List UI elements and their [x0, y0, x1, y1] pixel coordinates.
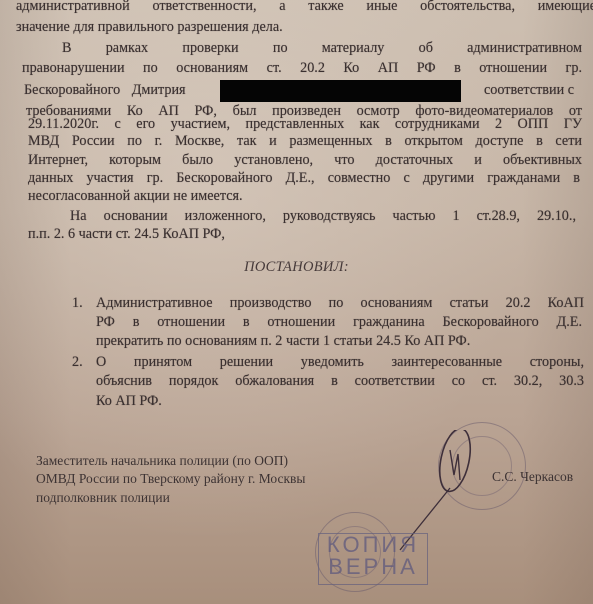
para2-line-2: п.п. 2. 6 части ст. 24.5 КоАП РФ,	[28, 226, 225, 243]
para1-line-3-tail: соответствии с	[484, 82, 574, 99]
para2-line-1: На основании изложенного, руководствуясь…	[70, 208, 576, 225]
item-2-line-3: Ко АП РФ.	[96, 393, 162, 410]
resolution-title: ПОСТАНОВИЛ:	[0, 259, 593, 276]
stamp-line-2: ВЕРНА	[319, 556, 427, 578]
item-1-line-1: Административное производство по основан…	[96, 295, 584, 312]
para1-line-1: В рамках проверки по материалу об админи…	[62, 40, 582, 57]
signature-title-2: ОМВД России по Тверскому району г. Москв…	[36, 470, 305, 488]
item-2-number: 2.	[72, 354, 83, 371]
signature-title-1: Заместитель начальника полиции (по ООП)	[36, 452, 288, 470]
item-1-number: 1.	[72, 295, 83, 312]
intro-line-2: значение для правильного разрешения дела…	[16, 19, 283, 36]
item-1-line-3: прекратить по основаниям п. 2 части 1 ст…	[96, 333, 470, 350]
para1-line-7: Интернет, которым было установлено, что …	[28, 152, 582, 169]
copy-verified-stamp: КОПИЯ ВЕРНА	[318, 533, 428, 585]
para1-line-6: МВД России по г. Москве, так и размещенн…	[28, 133, 582, 150]
stamp-line-1: КОПИЯ	[319, 534, 427, 556]
para1-line-9: несогласованной акции не имеется.	[28, 188, 243, 205]
signature-title-3: подполковник полиции	[36, 489, 170, 507]
para1-line-3: Бескоровайного Дмитрия	[24, 82, 186, 99]
item-1-line-2: РФ в отношении в отношении гражданина Бе…	[96, 314, 582, 331]
document-page: административной ответственности, а такж…	[0, 0, 593, 604]
para1-line-2: правонарушении по основаниям ст. 20.2 Ко…	[22, 60, 582, 77]
item-2-line-2: объяснив порядок обжалования в соответст…	[96, 373, 584, 390]
intro-line-1: административной ответственности, а такж…	[16, 0, 593, 15]
para1-line-8: данных участия гр. Бескоровайного Д.Е., …	[28, 170, 580, 187]
para1-line-5: 29.11.2020г. с его участием, представлен…	[28, 116, 582, 133]
redaction-bar	[220, 80, 461, 102]
item-2-line-1: О принятом решении уведомить заинтересов…	[96, 354, 584, 371]
